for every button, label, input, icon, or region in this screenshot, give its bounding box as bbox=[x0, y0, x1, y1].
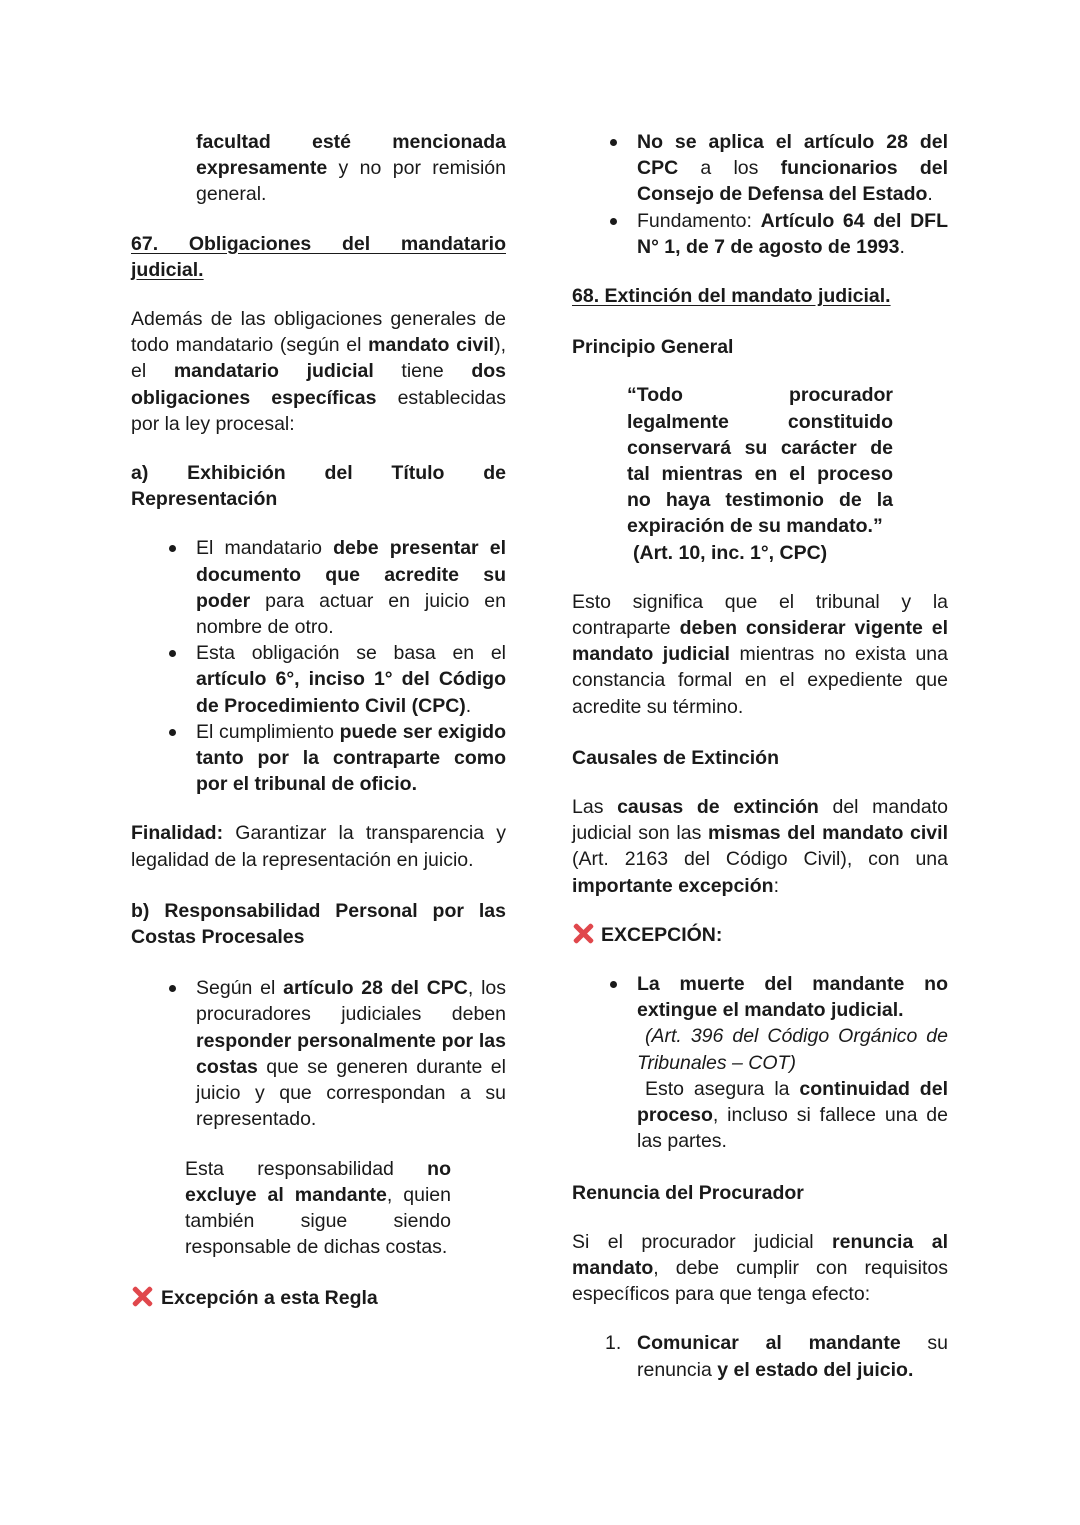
subsection-b-title: b) Responsabilidad Personal por las Cost… bbox=[131, 898, 506, 950]
section-67-title: 67. Obligaciones del mandatario judicial… bbox=[131, 231, 506, 283]
cross-mark-icon bbox=[131, 1285, 153, 1307]
finalidad-paragraph: Finalidad: Garantizar la transparencia y… bbox=[131, 820, 506, 872]
list-item: No se aplica el artículo 28 del CPC a lo… bbox=[572, 129, 948, 208]
subsection-b-list: Según el artículo 28 del CPC, los procur… bbox=[131, 975, 506, 1132]
continuation-paragraph: facultad esté mencionada expresamente y … bbox=[131, 129, 506, 208]
section-67-intro: Además de las obligaciones generales de … bbox=[131, 306, 506, 437]
renuncia-paragraph: Si el procurador judicial renuncia al ma… bbox=[572, 1229, 948, 1308]
subsection-a-list: El mandatario debe presentar el document… bbox=[131, 535, 506, 797]
subsection-a-title: a) Exhibición del Título de Representaci… bbox=[131, 460, 506, 512]
excepcion-list: La muerte del mandante no extingue el ma… bbox=[572, 971, 948, 1154]
renuncia-steps: 1.Comunicar al mandante su renuncia y el… bbox=[572, 1330, 948, 1382]
list-item: Esta obligación se basa en el artículo 6… bbox=[131, 640, 506, 719]
list-item: Fundamento: Artículo 64 del DFL N° 1, de… bbox=[572, 208, 948, 260]
responsibility-note: Esta responsabilidad no excluye al manda… bbox=[131, 1156, 451, 1261]
list-item: Según el artículo 28 del CPC, los procur… bbox=[131, 975, 506, 1132]
excepcion-title: EXCEPCIÓN: bbox=[572, 922, 948, 948]
legal-quote: “Todo procurador legalmente constituido … bbox=[572, 382, 893, 565]
list-item: La muerte del mandante no extingue el ma… bbox=[572, 971, 948, 1154]
left-column: facultad esté mencionada expresamente y … bbox=[131, 129, 506, 1312]
quote-text: “Todo procurador legalmente constituido … bbox=[627, 382, 893, 539]
list-item: El cumplimiento puede ser exigido tanto … bbox=[131, 719, 506, 798]
explanation-paragraph: Esto significa que el tribunal y la cont… bbox=[572, 589, 948, 720]
list-item: 1.Comunicar al mandante su renuncia y el… bbox=[572, 1330, 948, 1382]
cross-mark-icon bbox=[572, 922, 594, 944]
exception-rule-title: Excepción a esta Regla bbox=[131, 1285, 506, 1311]
section-68-title: 68. Extinción del mandato judicial. bbox=[572, 283, 948, 309]
causales-title: Causales de Extinción bbox=[572, 745, 948, 771]
principio-general-title: Principio General bbox=[572, 334, 948, 360]
quote-reference: (Art. 10, inc. 1°, CPC) bbox=[627, 540, 893, 566]
exception-list: No se aplica el artículo 28 del CPC a lo… bbox=[572, 129, 948, 260]
list-item: El mandatario debe presentar el document… bbox=[131, 535, 506, 640]
causales-paragraph: Las causas de extinción del mandato judi… bbox=[572, 794, 948, 899]
renuncia-title: Renuncia del Procurador bbox=[572, 1180, 948, 1206]
right-column: No se aplica el artículo 28 del CPC a lo… bbox=[572, 129, 948, 1383]
